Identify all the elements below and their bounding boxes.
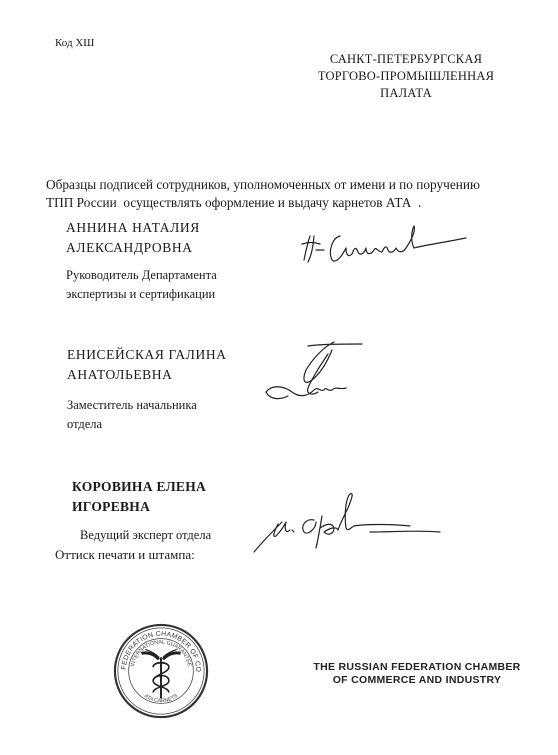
employee-1-name-line-1: АННИНА НАТАЛИЯ <box>66 218 200 238</box>
employee-3-name-line-2: ИГОРЕВНА <box>72 497 206 517</box>
seal-stamp: RUSSIAN FEDERATION CHAMBER OF COMMERCE I… <box>112 622 210 720</box>
stamp-label: Оттиск печати и штампа: <box>55 547 195 563</box>
document-code: Код ХШ <box>55 37 94 49</box>
employee-position-3: Ведущий эксперт отдела <box>80 526 211 545</box>
employee-1-name-line-2: АЛЕКСАНДРОВНА <box>66 238 200 258</box>
employee-position-1: Руководитель Департамента экспертизы и с… <box>66 266 217 304</box>
signature-annina <box>296 222 496 272</box>
caduceus-icon <box>141 649 180 698</box>
intro-text: Образцы подписей сотрудников, уполномоче… <box>46 176 556 212</box>
signature-korovina <box>250 488 450 558</box>
org-line-3: ПАЛАТА <box>300 85 512 102</box>
organization-name: САНКТ-ПЕТЕРБУРГСКАЯ ТОРГОВО-ПРОМЫШЛЕННАЯ… <box>300 51 512 102</box>
employee-3-position-line-1: Ведущий эксперт отдела <box>80 526 211 545</box>
intro-line-1: Образцы подписей сотрудников, уполномоче… <box>46 176 556 194</box>
employee-2-name-line-2: АНАТОЛЬЕВНА <box>67 365 227 385</box>
employee-name-2: ЕНИСЕЙСКАЯ ГАЛИНА АНАТОЛЬЕВНА <box>67 345 227 385</box>
employee-2-position-line-1: Заместитель начальника <box>67 396 197 415</box>
employee-name-3: КОРОВИНА ЕЛЕНА ИГОРЕВНА <box>72 477 206 517</box>
employee-name-1: АННИНА НАТАЛИЯ АЛЕКСАНДРОВНА <box>66 218 200 258</box>
employee-position-2: Заместитель начальника отдела <box>67 396 197 434</box>
english-line-1: THE RUSSIAN FEDERATION CHAMBER <box>312 661 522 674</box>
english-line-2: OF COMMERCE AND INDUSTRY <box>312 674 522 687</box>
employee-3-name-line-1: КОРОВИНА ЕЛЕНА <box>72 477 206 497</box>
intro-line-2: ТПП России осуществлять оформление и выд… <box>46 194 556 212</box>
employee-1-position-line-2: экспертизы и сертификации <box>66 285 217 304</box>
signature-eniseyskaya <box>262 340 382 410</box>
employee-1-position-line-1: Руководитель Департамента <box>66 266 217 285</box>
english-org-name: THE RUSSIAN FEDERATION CHAMBER OF COMMER… <box>312 661 522 687</box>
org-line-1: САНКТ-ПЕТЕРБУРГСКАЯ <box>300 51 512 68</box>
org-line-2: ТОРГОВО-ПРОМЫШЛЕННАЯ <box>300 68 512 85</box>
employee-2-name-line-1: ЕНИСЕЙСКАЯ ГАЛИНА <box>67 345 227 365</box>
employee-2-position-line-2: отдела <box>67 415 197 434</box>
